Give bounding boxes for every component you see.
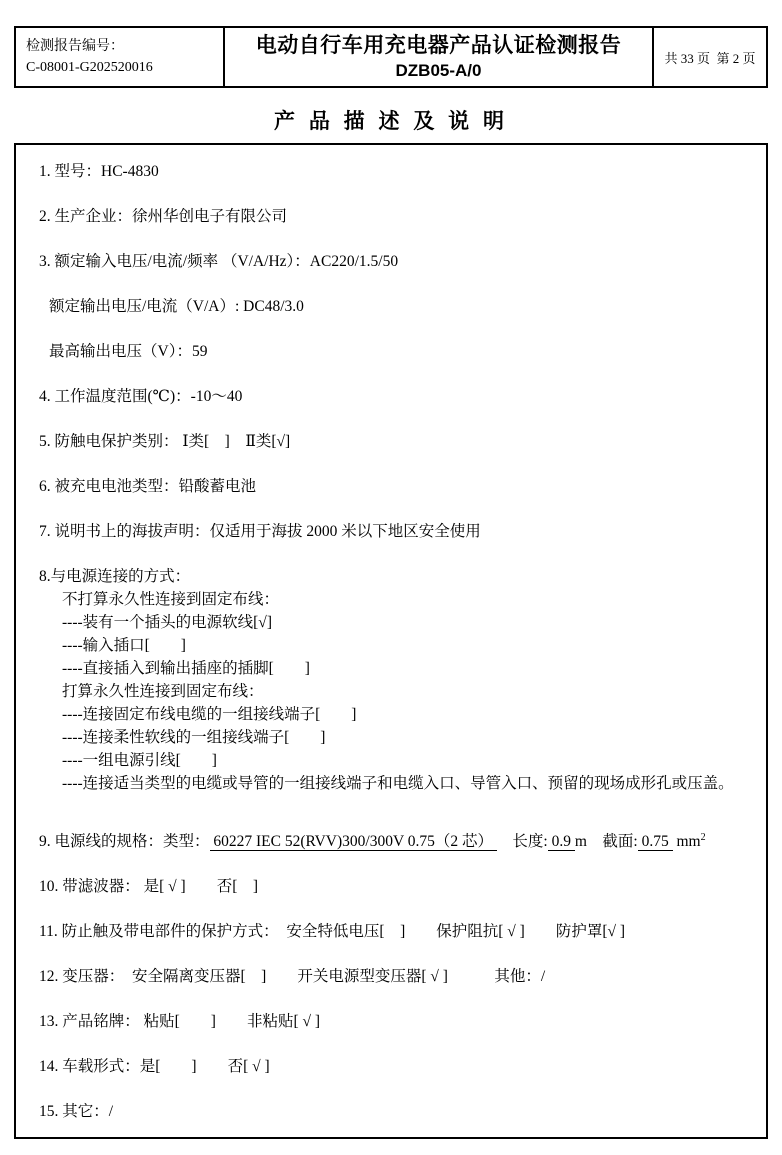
report-line-9: 7. 说明书上的海拔声明：仅适用于海拔 2000 米以下地区安全使用 [16, 520, 760, 543]
report-line-7: 5. 防触电保护类别： Ⅰ类[ ] Ⅱ类[√] [16, 430, 760, 453]
doc-number: DZB05-A/0 [225, 59, 652, 83]
line-text: 14. 车载形式：是[ ] 否[ √ ] [39, 1058, 270, 1075]
line-text: ----连接柔性软线的一组接线端子[ ] [62, 729, 325, 746]
line-text: ----连接适当类型的电缆或导管的一组接线端子和电缆入口、导管入口、预留的现场成… [62, 775, 734, 792]
report-line-15: 打算永久性连接到固定布线： [16, 680, 760, 703]
report-line-8: 6. 被充电电池类型：铅酸蓄电池 [16, 475, 760, 498]
report-line-2: 2. 生产企业：徐州华创电子有限公司 [16, 205, 760, 228]
line-text: 打算永久性连接到固定布线： [62, 683, 264, 700]
line-text: ----一组电源引线[ ] [62, 752, 217, 769]
report-line-14: ----直接插入到输出插座的插脚[ ] [16, 657, 760, 680]
line-text: 不打算永久性连接到固定布线： [62, 591, 279, 608]
report-line-12: ----装有一个插头的电源软线[√] [16, 611, 760, 634]
line-text: 额定输出电压/电流（V/A）: DC48/3.0 [49, 298, 304, 315]
page-indicator-cell: 共 33 页 第 2 页 [654, 28, 766, 86]
line-text: 9. 电源线的规格：类型： [39, 833, 210, 850]
report-page: { "header": { "report_no_label": "检测报告编号… [0, 0, 782, 1155]
report-line-23: 12. 变压器： 安全隔离变压器[ ] 开关电源型变压器[ √ ] 其他：/ [16, 965, 760, 988]
line-text: 12. 变压器： 安全隔离变压器[ ] 开关电源型变压器[ √ ] 其他：/ [39, 968, 545, 985]
report-line-25: 14. 车载形式：是[ ] 否[ √ ] [16, 1055, 760, 1078]
header-table: 检测报告编号： C-08001-G202520016 电动自行车用充电器产品认证… [14, 26, 768, 88]
line-text: 13. 产品铭牌： 粘贴[ ] 非粘贴[ √ ] [39, 1013, 320, 1030]
underlined-value: 0.75 [638, 833, 673, 851]
report-line-20: 9. 电源线的规格：类型： 60227 IEC 52(RVV)300/300V … [16, 830, 760, 853]
underlined-value: 60227 IEC 52(RVV)300/300V 0.75（2 芯） [210, 833, 497, 851]
line-text: 5. 防触电保护类别： Ⅰ类[ ] Ⅱ类[√] [39, 433, 290, 450]
underlined-value: 0.9 [548, 833, 575, 851]
line-text: 6. 被充电电池类型：铅酸蓄电池 [39, 478, 256, 495]
report-line-19: ----连接适当类型的电缆或导管的一组接线端子和电缆入口、导管入口、预留的现场成… [16, 772, 760, 795]
line-text: 1. 型号：HC-4830 [39, 163, 159, 180]
report-line-6: 4. 工作温度范围(℃)：-10～40 [16, 385, 760, 408]
report-line-3: 3. 额定输入电压/电流/频率 （V/A/Hz）：AC220/1.5/50 [16, 250, 760, 273]
line-text: 3. 额定输入电压/电流/频率 （V/A/Hz）：AC220/1.5/50 [39, 253, 398, 270]
report-line-16: ----连接固定布线电缆的一组接线端子[ ] [16, 703, 760, 726]
line-text: 7. 说明书上的海拔声明：仅适用于海拔 2000 米以下地区安全使用 [39, 523, 481, 540]
report-line-5: 最高输出电压（V）：59 [16, 340, 760, 363]
line-text: ----装有一个插头的电源软线[√] [62, 614, 272, 631]
report-line-21: 10. 带滤波器： 是[ √ ] 否[ ] [16, 875, 760, 898]
line-text: 11. 防止触及带电部件的保护方式： 安全特低电压[ ] 保护阻抗[ √ ] 防… [39, 923, 625, 940]
report-line-4: 额定输出电压/电流（V/A）: DC48/3.0 [16, 295, 760, 318]
line-text: 15. 其它：/ [39, 1103, 113, 1120]
report-number-label: 检测报告编号： [26, 36, 213, 57]
report-number-cell: 检测报告编号： C-08001-G202520016 [16, 28, 225, 86]
page-indicator: 共 33 页 第 2 页 [664, 48, 755, 67]
line-text: ----直接插入到输出插座的插脚[ ] [62, 660, 310, 677]
lines-container: 1. 型号：HC-48302. 生产企业：徐州华创电子有限公司3. 额定输入电压… [16, 160, 760, 1123]
section-title: 产 品 描 述 及 说 明 [0, 105, 782, 135]
line-text: 长度: [497, 833, 548, 850]
line-text: 2. 生产企业：徐州华创电子有限公司 [39, 208, 287, 225]
report-line-13: ----输入插口[ ] [16, 634, 760, 657]
report-title: 电动自行车用充电器产品认证检测报告 [225, 32, 652, 59]
report-line-17: ----连接柔性软线的一组接线端子[ ] [16, 726, 760, 749]
report-line-22: 11. 防止触及带电部件的保护方式： 安全特低电压[ ] 保护阻抗[ √ ] 防… [16, 920, 760, 943]
report-line-26: 15. 其它：/ [16, 1100, 760, 1123]
content-box: 1. 型号：HC-48302. 生产企业：徐州华创电子有限公司3. 额定输入电压… [14, 143, 768, 1139]
line-text: 8.与电源连接的方式： [39, 568, 190, 585]
line-text: ----连接固定布线电缆的一组接线端子[ ] [62, 706, 356, 723]
report-line-24: 13. 产品铭牌： 粘贴[ ] 非粘贴[ √ ] [16, 1010, 760, 1033]
superscript: 2 [701, 832, 706, 843]
report-line-11: 不打算永久性连接到固定布线： [16, 588, 760, 611]
report-line-10: 8.与电源连接的方式： [16, 565, 760, 588]
report-title-cell: 电动自行车用充电器产品认证检测报告 DZB05-A/0 [225, 28, 654, 86]
report-line-18: ----一组电源引线[ ] [16, 749, 760, 772]
report-number-value: C-08001-G202520016 [26, 57, 213, 78]
line-text: 10. 带滤波器： 是[ √ ] 否[ ] [39, 878, 258, 895]
line-text: 4. 工作温度范围(℃)：-10～40 [39, 388, 242, 405]
line-text: ----输入插口[ ] [62, 637, 186, 654]
report-line-1: 1. 型号：HC-4830 [16, 160, 760, 183]
line-text: mm [673, 833, 701, 850]
line-text: 最高输出电压（V）：59 [49, 343, 207, 360]
line-text: m 截面: [575, 833, 638, 850]
